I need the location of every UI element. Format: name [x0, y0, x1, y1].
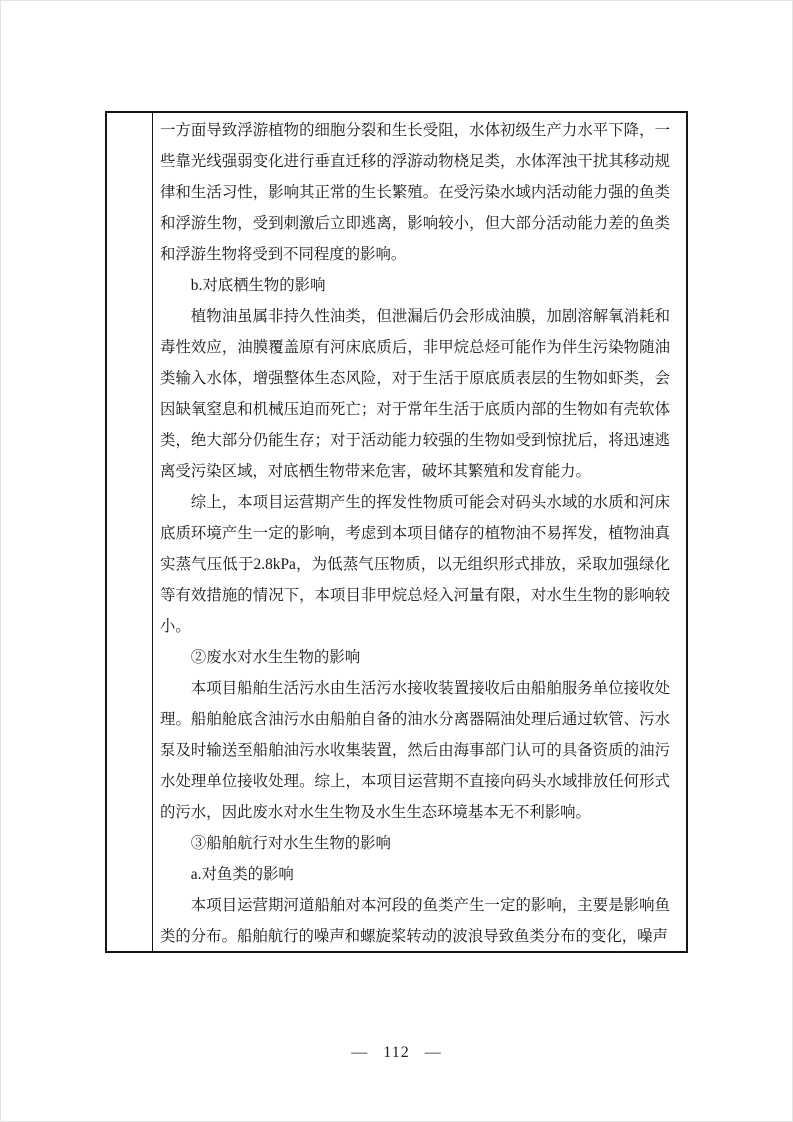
page-footer: — 112 —	[0, 1044, 793, 1062]
content-table: 一方面导致浮游植物的细胞分裂和生长受阻，水体初级生产力水平下降，一些靠光线强弱变…	[105, 111, 688, 953]
paragraph-volatile-summary: 综上，本项目运营期产生的挥发性物质可能会对码头水域的水质和河床底质环境产生一定的…	[160, 487, 670, 642]
paragraph-vegetable-oil-film: 植物油虽属非持久性油类，但泄漏后仍会形成油膜，加剧溶解氧消耗和毒性效应，油膜覆盖…	[160, 301, 670, 487]
heading-fish-impact: a.对鱼类的影响	[160, 859, 670, 890]
page-number: — 112 —	[351, 1044, 441, 1061]
heading-wastewater-impact: ②废水对水生生物的影响	[160, 642, 670, 673]
table-label-column	[107, 113, 153, 951]
paragraph-sewage-handling: 本项目船舶生活污水由生活污水接收装置接收后由船舶服务单位接收处理。船舶舱底含油污…	[160, 673, 670, 828]
heading-ship-navigation-impact: ③船舶航行对水生生物的影响	[160, 828, 670, 859]
paragraph-plankton-impact: 一方面导致浮游植物的细胞分裂和生长受阻，水体初级生产力水平下降，一些靠光线强弱变…	[160, 115, 670, 270]
heading-benthic-impact: b.对底栖生物的影响	[160, 270, 670, 301]
paragraph-fish-distribution: 本项目运营期河道船舶对本河段的鱼类产生一定的影响，主要是影响鱼类的分布。船舶航行…	[160, 890, 670, 951]
table-text-column: 一方面导致浮游植物的细胞分裂和生长受阻，水体初级生产力水平下降，一些靠光线强弱变…	[153, 113, 686, 951]
